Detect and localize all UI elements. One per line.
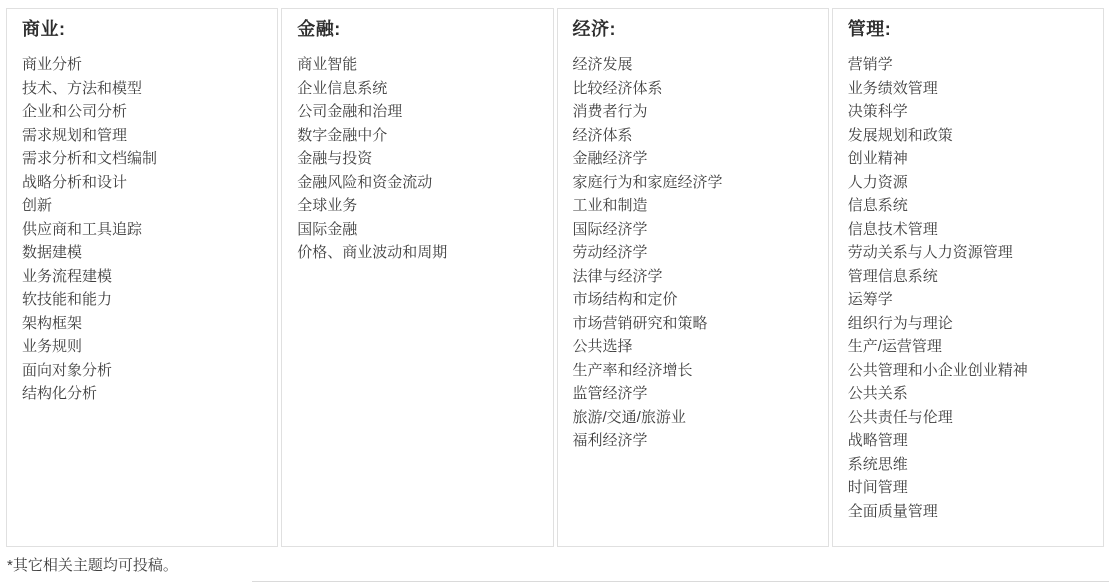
column-heading: 经济: <box>573 18 816 40</box>
topic-list-item: 公共选择 <box>573 335 816 359</box>
topic-list-item: 人力资源 <box>848 171 1091 195</box>
topic-column: 金融: 商业智能 企业信息系统 公司金融和治理 数字金融中介 金融与投资 金融风… <box>281 8 553 547</box>
topic-list: 经济发展 比较经济体系 消费者行为 经济体系 金融经济学 家庭行为和家庭经济学 … <box>573 53 816 453</box>
topic-list-item: 国际金融 <box>297 218 540 242</box>
topic-list-item: 创新 <box>22 194 265 218</box>
topic-list-item: 市场结构和定价 <box>573 288 816 312</box>
topic-list-item: 公共责任与伦理 <box>848 406 1091 430</box>
topic-list-item: 金融经济学 <box>573 147 816 171</box>
topic-list-item: 监管经济学 <box>573 382 816 406</box>
topic-list-item: 价格、商业波动和周期 <box>297 241 540 265</box>
topic-list-item: 需求规划和管理 <box>22 124 265 148</box>
topic-list-item: 数字金融中介 <box>297 124 540 148</box>
topic-list-item: 旅游/交通/旅游业 <box>573 406 816 430</box>
topic-list-item: 公司金融和治理 <box>297 100 540 124</box>
topic-list-item: 家庭行为和家庭经济学 <box>573 171 816 195</box>
topic-list-item: 结构化分析 <box>22 382 265 406</box>
topic-list-item: 供应商和工具追踪 <box>22 218 265 242</box>
topic-list-item: 软技能和能力 <box>22 288 265 312</box>
topic-list-item: 经济体系 <box>573 124 816 148</box>
topic-list-item: 营销学 <box>848 53 1091 77</box>
topic-list-item: 企业信息系统 <box>297 77 540 101</box>
topic-list-item: 技术、方法和模型 <box>22 77 265 101</box>
topic-list-item: 决策科学 <box>848 100 1091 124</box>
topic-list-item: 发展规划和政策 <box>848 124 1091 148</box>
topic-list-item: 公共管理和小企业创业精神 <box>848 359 1091 383</box>
topic-list-item: 国际经济学 <box>573 218 816 242</box>
topic-column: 商业: 商业分析 技术、方法和模型 企业和公司分析 需求规划和管理 需求分析和文… <box>6 8 278 547</box>
topic-list-item: 劳动经济学 <box>573 241 816 265</box>
topic-list-item: 经济发展 <box>573 53 816 77</box>
topics-grid: 商业: 商业分析 技术、方法和模型 企业和公司分析 需求规划和管理 需求分析和文… <box>6 8 1104 547</box>
topic-list-item: 金融风险和资金流动 <box>297 171 540 195</box>
topic-list-item: 全面质量管理 <box>848 500 1091 524</box>
topic-list-item: 金融与投资 <box>297 147 540 171</box>
topic-list-item: 架构框架 <box>22 312 265 336</box>
topic-list-item: 商业智能 <box>297 53 540 77</box>
topic-list: 商业智能 企业信息系统 公司金融和治理 数字金融中介 金融与投资 金融风险和资金… <box>297 53 540 265</box>
column-heading: 管理: <box>848 18 1091 40</box>
topic-list-item: 比较经济体系 <box>573 77 816 101</box>
topic-column: 经济: 经济发展 比较经济体系 消费者行为 经济体系 金融经济学 家庭行为和家庭… <box>557 8 829 547</box>
topic-list-item: 消费者行为 <box>573 100 816 124</box>
topic-list-item: 系统思维 <box>848 453 1091 477</box>
topic-list-item: 福利经济学 <box>573 429 816 453</box>
topic-column: 管理: 营销学 业务绩效管理 决策科学 发展规划和政策 创业精神 人力资源 信息… <box>832 8 1104 547</box>
topic-list-item: 战略管理 <box>848 429 1091 453</box>
topic-list-item: 企业和公司分析 <box>22 100 265 124</box>
topic-list: 营销学 业务绩效管理 决策科学 发展规划和政策 创业精神 人力资源 信息系统 信… <box>848 53 1091 523</box>
topic-list-item: 信息系统 <box>848 194 1091 218</box>
topic-list-item: 公共关系 <box>848 382 1091 406</box>
topic-list-item: 工业和制造 <box>573 194 816 218</box>
topic-list-item: 市场营销研究和策略 <box>573 312 816 336</box>
footnote: *其它相关主题均可投稿。 <box>7 556 178 576</box>
topic-list-item: 战略分析和设计 <box>22 171 265 195</box>
topic-list-item: 生产/运营管理 <box>848 335 1091 359</box>
topic-list-item: 运筹学 <box>848 288 1091 312</box>
topic-list-item: 商业分析 <box>22 53 265 77</box>
topic-list-item: 劳动关系与人力资源管理 <box>848 241 1091 265</box>
topic-list-item: 业务绩效管理 <box>848 77 1091 101</box>
topic-list: 商业分析 技术、方法和模型 企业和公司分析 需求规划和管理 需求分析和文档编制 … <box>22 53 265 406</box>
topic-list-item: 时间管理 <box>848 476 1091 500</box>
topic-list-item: 创业精神 <box>848 147 1091 171</box>
topic-list-item: 管理信息系统 <box>848 265 1091 289</box>
column-heading: 商业: <box>22 18 265 40</box>
topic-list-item: 生产率和经济增长 <box>573 359 816 383</box>
topic-list-item: 法律与经济学 <box>573 265 816 289</box>
topic-list-item: 业务规则 <box>22 335 265 359</box>
topic-list-item: 面向对象分析 <box>22 359 265 383</box>
topic-list-item: 组织行为与理论 <box>848 312 1091 336</box>
topic-list-item: 数据建模 <box>22 241 265 265</box>
topic-list-item: 全球业务 <box>297 194 540 218</box>
topic-list-item: 信息技术管理 <box>848 218 1091 242</box>
topic-list-item: 需求分析和文档编制 <box>22 147 265 171</box>
topic-list-item: 业务流程建模 <box>22 265 265 289</box>
column-heading: 金融: <box>297 18 540 40</box>
